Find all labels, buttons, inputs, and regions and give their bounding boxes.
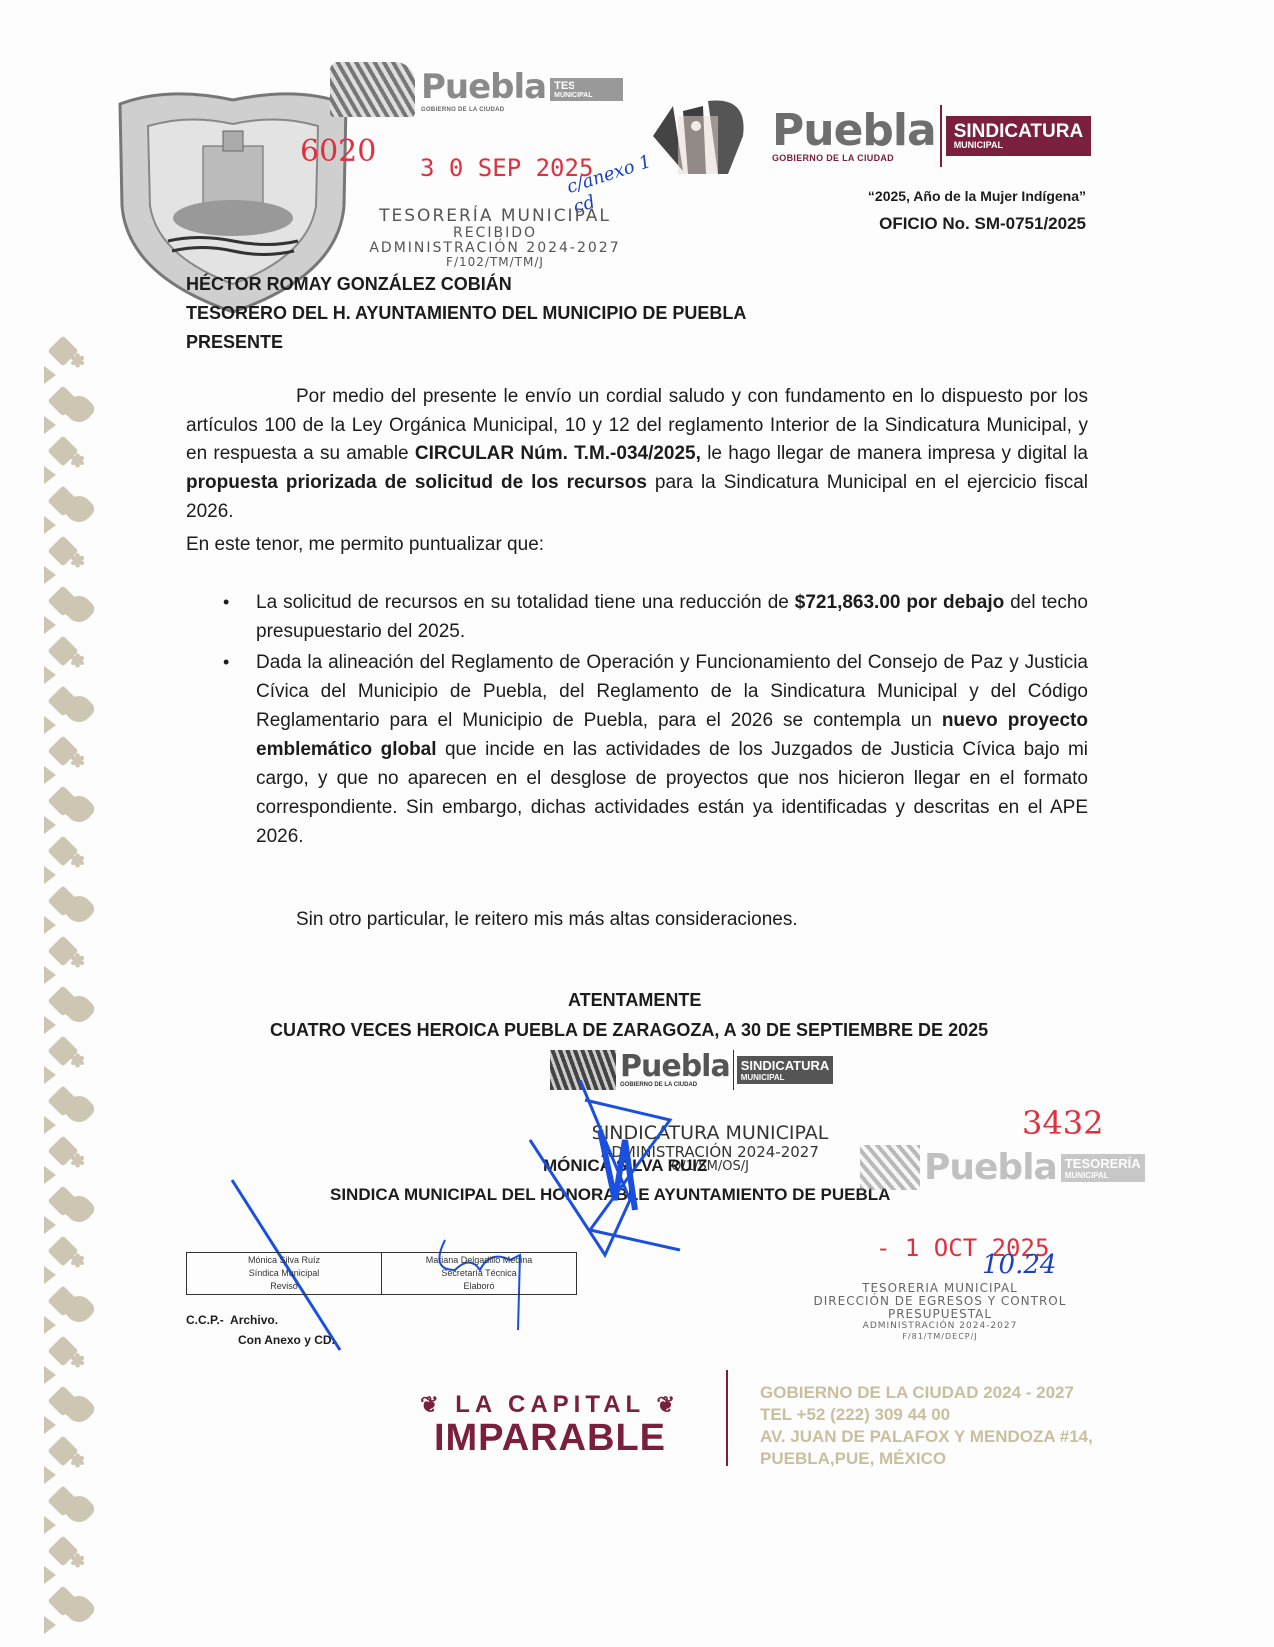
addressee-greeting: PRESENTE [186,328,746,357]
tesoreria-logo: Puebla GOBIERNO DE LA CIUDAD TESORERÍA M… [330,62,623,117]
border-triangle-icon [44,366,56,384]
reviewer-cell: Mónica Silva Ruíz Síndica Municipal Revi… [187,1253,382,1295]
footer-contact: GOBIERNO DE LA CIUDAD 2024 - 2027 TEL +5… [760,1382,1093,1470]
year-motto: “2025, Año de la Mujer Indígena” [868,188,1086,204]
border-triangle-icon [44,566,56,584]
closing-line: Sin otro particular, le reitero mis más … [296,906,798,935]
border-triangle-icon [44,1166,56,1184]
border-triangle-icon [44,1116,56,1134]
border-leaf-icon: ✽ [70,352,85,370]
border-triangle-icon [44,1066,56,1084]
decorative-border: ✽✽✽✽✽✽✽✽✽✽✽✽✽ [44,340,92,1630]
border-triangle-icon [44,866,56,884]
tesoreria-stamp-logo: Puebla TESORERÍA MUNICIPAL [860,1145,1145,1190]
border-triangle-icon [44,1616,56,1634]
puebla-emblem-icon [860,1145,920,1190]
border-triangle-icon [44,816,56,834]
footer-divider [726,1370,728,1466]
border-leaf-icon: ✽ [70,1152,85,1170]
border-leaf-icon: ✽ [70,1352,85,1370]
footer-slogan: ❦ LA CAPITAL ❦ IMPARABLE [400,1392,700,1458]
border-triangle-icon [44,666,56,684]
points-list: La solicitud de recursos en su totalidad… [186,588,1088,853]
atentamente: ATENTAMENTE [568,990,701,1011]
egresos-stamp-block: TESORERIA MUNICIPAL DIRECCIÓN DE EGRESOS… [800,1282,1080,1341]
border-leaf-icon: ✽ [70,952,85,970]
author-cell: Mariana Delgadillo Medina Secretaría Téc… [382,1253,577,1295]
border-triangle-icon [44,466,56,484]
border-triangle-icon [44,616,56,634]
border-triangle-icon [44,1016,56,1034]
border-triangle-icon [44,416,56,434]
sindicatura-logo: Puebla GOBIERNO DE LA CIUDAD SINDICATURA… [648,96,1091,176]
border-triangle-icon [44,966,56,984]
received-stamp-block: TESORERÍA MUNICIPAL RECIBIDO ADMINISTRAC… [355,206,635,268]
wing-left-icon: ❦ [420,1392,443,1417]
addressee-block: HÉCTOR ROMAY GONZÁLEZ COBIÁN TESORERO DE… [186,270,746,357]
list-item: La solicitud de recursos en su totalidad… [256,588,1088,646]
wing-right-icon: ❦ [656,1392,679,1417]
border-leaf-icon: ✽ [70,752,85,770]
border-triangle-icon [44,1516,56,1534]
border-triangle-icon [44,1266,56,1284]
ccp-block: C.C.P.- Archivo. Con Anexo y CD. [186,1310,335,1350]
border-leaf-icon: ✽ [70,1052,85,1070]
border-leaf-icon: ✽ [70,1452,85,1470]
body-paragraph-1: Por medio del presente le envío un cordi… [186,383,1088,527]
body-paragraph-2: En este tenor, me permito puntualizar qu… [186,531,544,560]
border-leaf-icon: ✽ [70,652,85,670]
handwritten-time: 10.24 [982,1250,1056,1280]
puebla-emblem-icon [330,62,415,117]
red-folio-number: 3432 [1022,1104,1103,1142]
border-leaf-icon: ✽ [70,852,85,870]
border-triangle-icon [44,1316,56,1334]
border-triangle-icon [44,916,56,934]
border-triangle-icon [44,1416,56,1434]
border-triangle-icon [44,1366,56,1384]
border-triangle-icon [44,516,56,534]
border-leaf-icon: ✽ [70,452,85,470]
place-date: CUATRO VECES HEROICA PUEBLA DE ZARAGOZA,… [270,1020,988,1041]
border-triangle-icon [44,1566,56,1584]
border-triangle-icon [44,716,56,734]
border-leaf-icon: ✽ [70,552,85,570]
oficio-number: OFICIO No. SM-0751/2025 [879,214,1086,234]
border-triangle-icon [44,766,56,784]
review-table: Mónica Silva Ruíz Síndica Municipal Revi… [186,1252,577,1295]
border-triangle-icon [44,1466,56,1484]
border-leaf-icon: ✽ [70,1252,85,1270]
border-leaf-icon: ✽ [70,1552,85,1570]
addressee-name: HÉCTOR ROMAY GONZÁLEZ COBIÁN [186,270,746,299]
handwritten-folio: 6020 [300,134,376,169]
addressee-title: TESORERO DEL H. AYUNTAMIENTO DEL MUNICIP… [186,299,746,328]
border-triangle-icon [44,1216,56,1234]
list-item: Dada la alineación del Reglamento de Ope… [256,648,1088,851]
